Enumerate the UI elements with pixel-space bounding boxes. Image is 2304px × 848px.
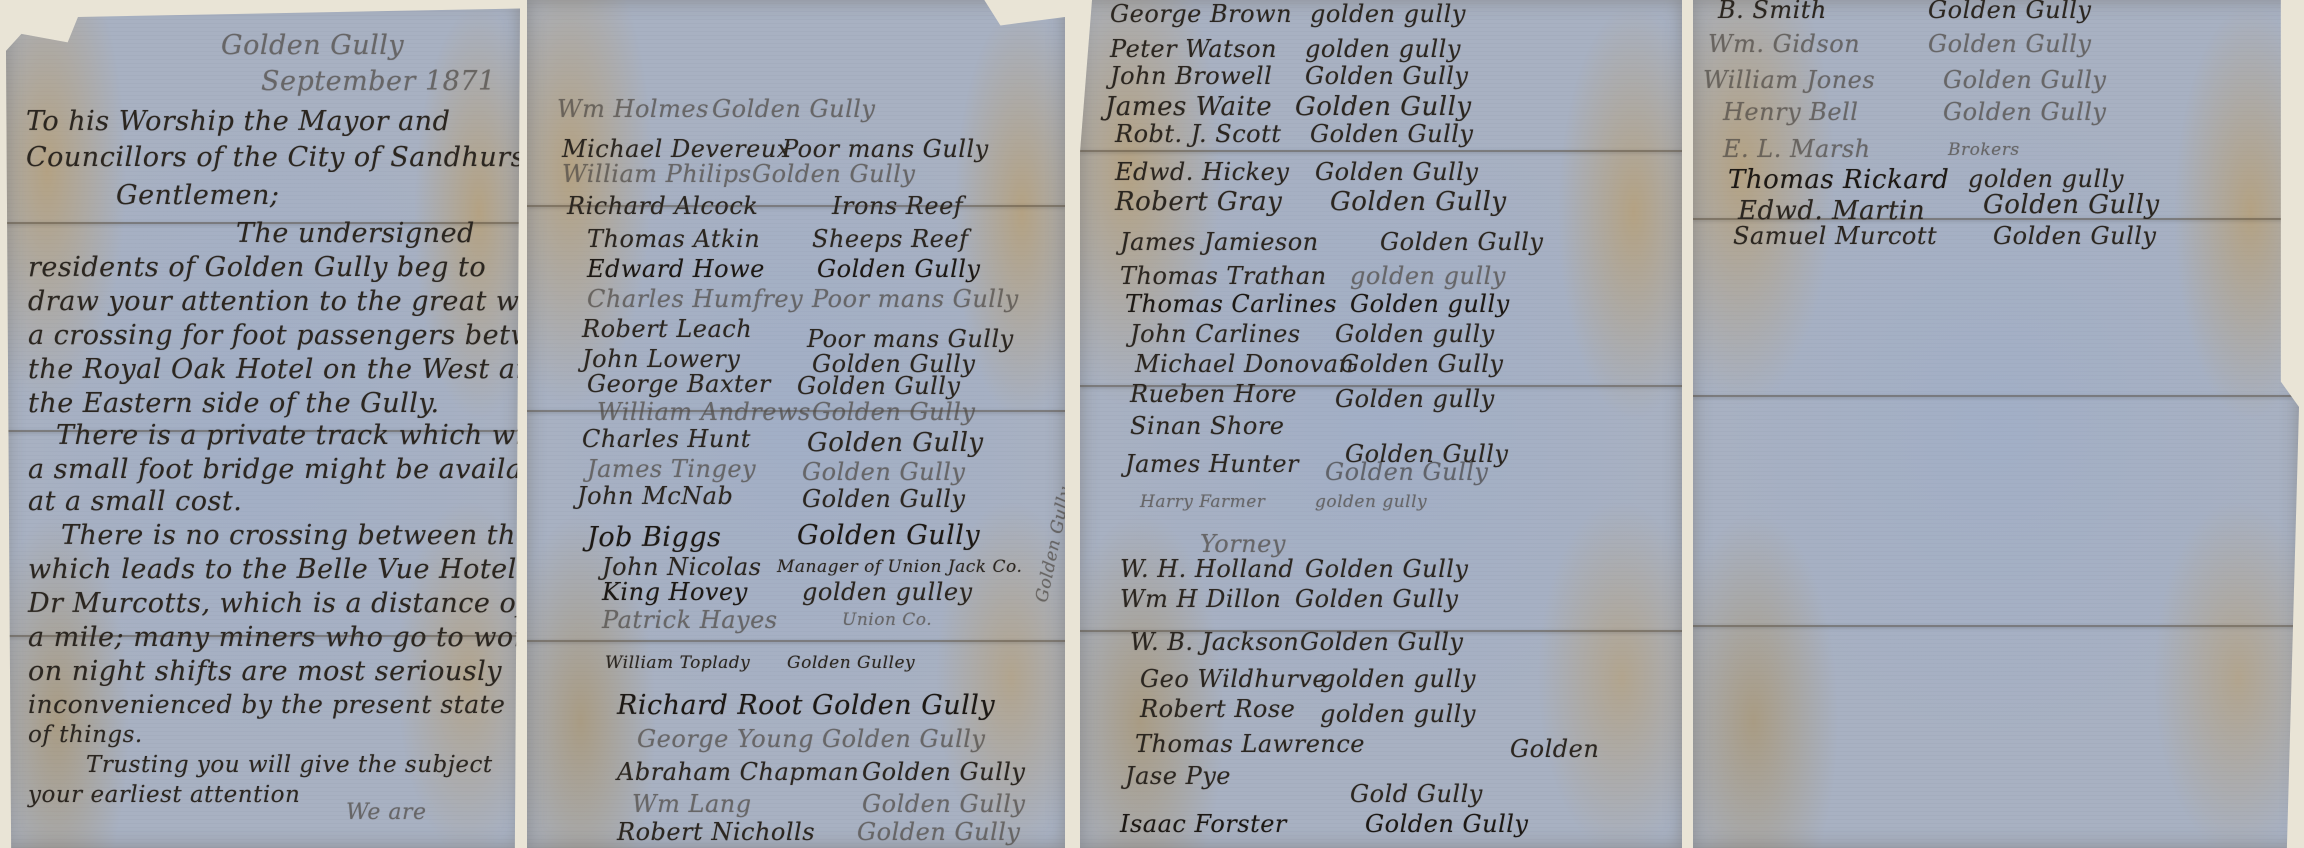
signature-name: Robert Nicholls bbox=[617, 818, 815, 846]
letter-body-line: a mile; many miners who go to work bbox=[28, 622, 520, 653]
signature-name: William Jones bbox=[1703, 66, 1875, 94]
fold-line bbox=[1080, 150, 1682, 152]
signature-place: golden gully bbox=[1315, 492, 1427, 512]
signature-place: golden gully bbox=[1350, 262, 1506, 290]
signature-name: George Brown bbox=[1110, 0, 1292, 28]
signature-place: Golden Gulley bbox=[787, 653, 915, 673]
fold-line bbox=[1693, 625, 2299, 627]
signature-name: John Lowery bbox=[582, 345, 740, 373]
signature-name: Geo Wildhurve bbox=[1140, 665, 1327, 693]
signature-place: golden gully bbox=[1968, 165, 2124, 193]
signature-place: golden gully bbox=[1310, 0, 1466, 28]
page-1-letter: Golden Gully September 1871 To his Worsh… bbox=[6, 0, 520, 848]
signature-name: William Toplady bbox=[605, 653, 750, 673]
signature-name: Robert Rose bbox=[1140, 695, 1295, 723]
signature-name: James Waite bbox=[1105, 92, 1272, 122]
letter-body-line: There is no crossing between the road bbox=[61, 520, 520, 551]
signature-name: Edward Howe bbox=[587, 255, 765, 283]
signature-name: Robert Leach bbox=[582, 315, 752, 343]
signature-name: William Philips bbox=[562, 160, 751, 188]
signature-place: Golden Gully bbox=[862, 758, 1026, 786]
signature-name: Abraham Chapman bbox=[617, 758, 859, 786]
signature-name: Wm H Dillon bbox=[1120, 585, 1281, 613]
signature-place: Golden Gully bbox=[812, 690, 995, 721]
signature-place: Golden gully bbox=[1335, 385, 1495, 413]
signature-name: Henry Bell bbox=[1723, 98, 1858, 126]
letter-body-line: which leads to the Belle Vue Hotel and bbox=[28, 554, 520, 585]
signature-name: Patrick Hayes bbox=[602, 606, 778, 634]
signature-name: Michael Devereux bbox=[562, 135, 791, 163]
page-2-signatures: Wm Holmes Golden Gully Michael Devereux … bbox=[527, 0, 1065, 848]
signature-name: W. H. Holland bbox=[1120, 555, 1294, 583]
letter-body-line: the Royal Oak Hotel on the West and bbox=[28, 354, 520, 385]
signature-place: Golden Gully bbox=[817, 255, 981, 283]
page-4-signatures: B. Smith Golden Gully Wm. Gidson Golden … bbox=[1693, 0, 2299, 848]
signature-name: Harry Farmer bbox=[1140, 492, 1265, 512]
signature-place: Golden Gully bbox=[857, 818, 1021, 846]
signature-place: Poor mans Gully bbox=[807, 325, 1014, 353]
signature-place: Golden Gully bbox=[752, 160, 916, 188]
signature-name: John Browell bbox=[1110, 62, 1272, 90]
signature-place: Golden Gully bbox=[802, 485, 966, 513]
signature-name: Charles Hunt bbox=[582, 425, 751, 453]
signature-name: Richard Alcock bbox=[567, 192, 758, 220]
signature-name: Michael Donovan bbox=[1135, 350, 1354, 378]
signature-place: Irons Reef bbox=[832, 192, 963, 220]
signature-name: John McNab bbox=[577, 482, 733, 510]
signature-place: Golden gully bbox=[1335, 320, 1495, 348]
signature-name: John Nicolas bbox=[602, 553, 761, 581]
letter-addressee-line-1: To his Worship the Mayor and bbox=[26, 106, 450, 137]
signature-place: Golden Gully bbox=[1310, 120, 1474, 148]
fold-line bbox=[527, 640, 1065, 642]
letter-body-line: Trusting you will give the subject bbox=[86, 752, 493, 778]
signature-place: Golden Gully bbox=[1295, 92, 1472, 122]
signature-name: Thomas Rickard bbox=[1728, 165, 1949, 195]
signature-name: Robert Gray bbox=[1115, 187, 1282, 217]
signature-name: Charles Humfrey bbox=[587, 285, 803, 313]
signature-place: Poor mans Gully bbox=[782, 135, 989, 163]
signature-place: Golden Gully bbox=[712, 95, 876, 123]
letter-body-line: the Eastern side of the Gully. bbox=[28, 388, 440, 419]
signature-place: Golden Gully bbox=[802, 458, 966, 486]
signature-place: Golden Gully bbox=[1305, 555, 1469, 583]
signature-name: Job Biggs bbox=[587, 522, 721, 553]
signature-place: Golden Gully bbox=[1325, 458, 1489, 486]
signature-name: W. B. Jackson bbox=[1130, 628, 1299, 656]
signature-place: Golden Gully bbox=[1983, 190, 2160, 220]
letter-heading-place: Golden Gully bbox=[221, 30, 404, 61]
signature-place: golden gulley bbox=[802, 578, 973, 606]
letter-body-line: of things. bbox=[28, 722, 143, 748]
signature-name: Thomas Lawrence bbox=[1135, 730, 1365, 758]
signature-place: Golden Gully bbox=[1330, 187, 1507, 217]
signature-name: Thomas Trathan bbox=[1120, 262, 1327, 290]
signature-place: Sheeps Reef bbox=[812, 225, 968, 253]
signature-name: E. L. Marsh bbox=[1723, 135, 1871, 163]
signature-name: B. Smith bbox=[1718, 0, 1827, 24]
signature-place: Golden gully bbox=[1350, 290, 1510, 318]
signature-name: Edwd. Hickey bbox=[1115, 158, 1289, 186]
fold-line bbox=[1693, 395, 2299, 397]
signature-place: Golden Gully bbox=[1365, 810, 1529, 838]
signature-place: Golden Gully bbox=[1305, 62, 1469, 90]
signature-name: George Baxter bbox=[587, 370, 771, 398]
signature-name: William Andrews bbox=[597, 398, 811, 426]
signature-place: Gold Gully bbox=[1350, 780, 1483, 808]
signature-place: Union Co. bbox=[842, 610, 932, 630]
signature-place: golden gully bbox=[1305, 35, 1461, 63]
signature-place: Golden Gully bbox=[1315, 158, 1479, 186]
signature-place: Golden Gully bbox=[1928, 0, 2092, 24]
signature-place: Golden Gully bbox=[1380, 228, 1544, 256]
signature-place: Golden Gully bbox=[1295, 585, 1459, 613]
signature-name: Rueben Hore bbox=[1130, 380, 1297, 408]
signature-place: Golden Gully bbox=[822, 725, 986, 753]
signature-place: Golden Gully bbox=[1340, 350, 1504, 378]
signature-place: Manager of Union Jack Co. bbox=[777, 557, 1022, 577]
signature-name: Wm Holmes bbox=[557, 95, 709, 123]
signature-name: Isaac Forster bbox=[1120, 810, 1287, 838]
signature-place: golden gully bbox=[1320, 665, 1476, 693]
signature-name: Wm Lang bbox=[632, 790, 752, 818]
signature-place: Golden Gully bbox=[797, 372, 961, 400]
signature-place: Golden Gully bbox=[1993, 222, 2157, 250]
signature-name: Wm. Gidson bbox=[1708, 30, 1860, 58]
signature-name: Jase Pye bbox=[1125, 762, 1231, 790]
signature-place: Golden Gully bbox=[807, 428, 984, 458]
signature-place: Brokers bbox=[1948, 140, 2020, 160]
signature-place: Golden Gully bbox=[812, 398, 976, 426]
signature-name: James Tingey bbox=[587, 455, 756, 483]
signature-name: James Hunter bbox=[1125, 450, 1299, 478]
letter-body-line: inconvenienced by the present state bbox=[28, 690, 505, 719]
signature-name: John Carlines bbox=[1130, 320, 1301, 348]
letter-body-line: Dr Murcotts, which is a distance of abou… bbox=[28, 588, 520, 619]
letter-body-line: on night shifts are most seriously bbox=[28, 656, 502, 687]
signature-name: Yorney bbox=[1200, 530, 1286, 558]
letter-body-line: residents of Golden Gully beg to bbox=[28, 252, 486, 283]
signature-place: Golden Gully bbox=[862, 790, 1026, 818]
signature-place: golden gully bbox=[1320, 700, 1476, 728]
signature-name: James Jamieson bbox=[1120, 228, 1319, 256]
signature-name: King Hovey bbox=[602, 578, 748, 606]
signature-name: Thomas Atkin bbox=[587, 225, 760, 253]
signature-name: Samuel Murcott bbox=[1733, 222, 1937, 250]
margin-note: Golden Gully bbox=[1032, 485, 1065, 604]
letter-body-line: draw your attention to the great want of bbox=[28, 286, 520, 317]
letter-body-line: at a small cost. bbox=[28, 486, 242, 517]
letter-closing: We are bbox=[346, 800, 426, 825]
signature-name: Richard Root bbox=[617, 690, 803, 721]
signature-place: Golden Gully bbox=[1928, 30, 2092, 58]
signature-name: Robt. J. Scott bbox=[1115, 120, 1281, 148]
signature-place: Golden Gully bbox=[1943, 98, 2107, 126]
signature-place: Golden bbox=[1510, 735, 1599, 763]
signature-name: Peter Watson bbox=[1110, 35, 1277, 63]
page-3-signatures: George Brown golden gully Peter Watson g… bbox=[1080, 0, 1682, 848]
signature-name: George Young bbox=[637, 725, 814, 753]
signature-place: Golden Gully bbox=[797, 520, 980, 551]
letter-heading-date: September 1871 bbox=[261, 66, 496, 97]
signature-name: Sinan Shore bbox=[1130, 412, 1285, 440]
letter-salutation: Gentlemen; bbox=[116, 180, 279, 211]
signature-place: Poor mans Gully bbox=[812, 285, 1019, 313]
letter-addressee-line-2: Councillors of the City of Sandhurst. bbox=[26, 142, 520, 173]
signature-place: Golden Gully bbox=[1300, 628, 1464, 656]
letter-body-line: a crossing for foot passengers between bbox=[28, 320, 520, 351]
letter-body-line: The undersigned bbox=[236, 218, 475, 249]
letter-body-line: your earliest attention bbox=[28, 782, 300, 808]
signature-place: Golden Gully bbox=[1943, 66, 2107, 94]
signature-name: Thomas Carlines bbox=[1125, 290, 1337, 318]
